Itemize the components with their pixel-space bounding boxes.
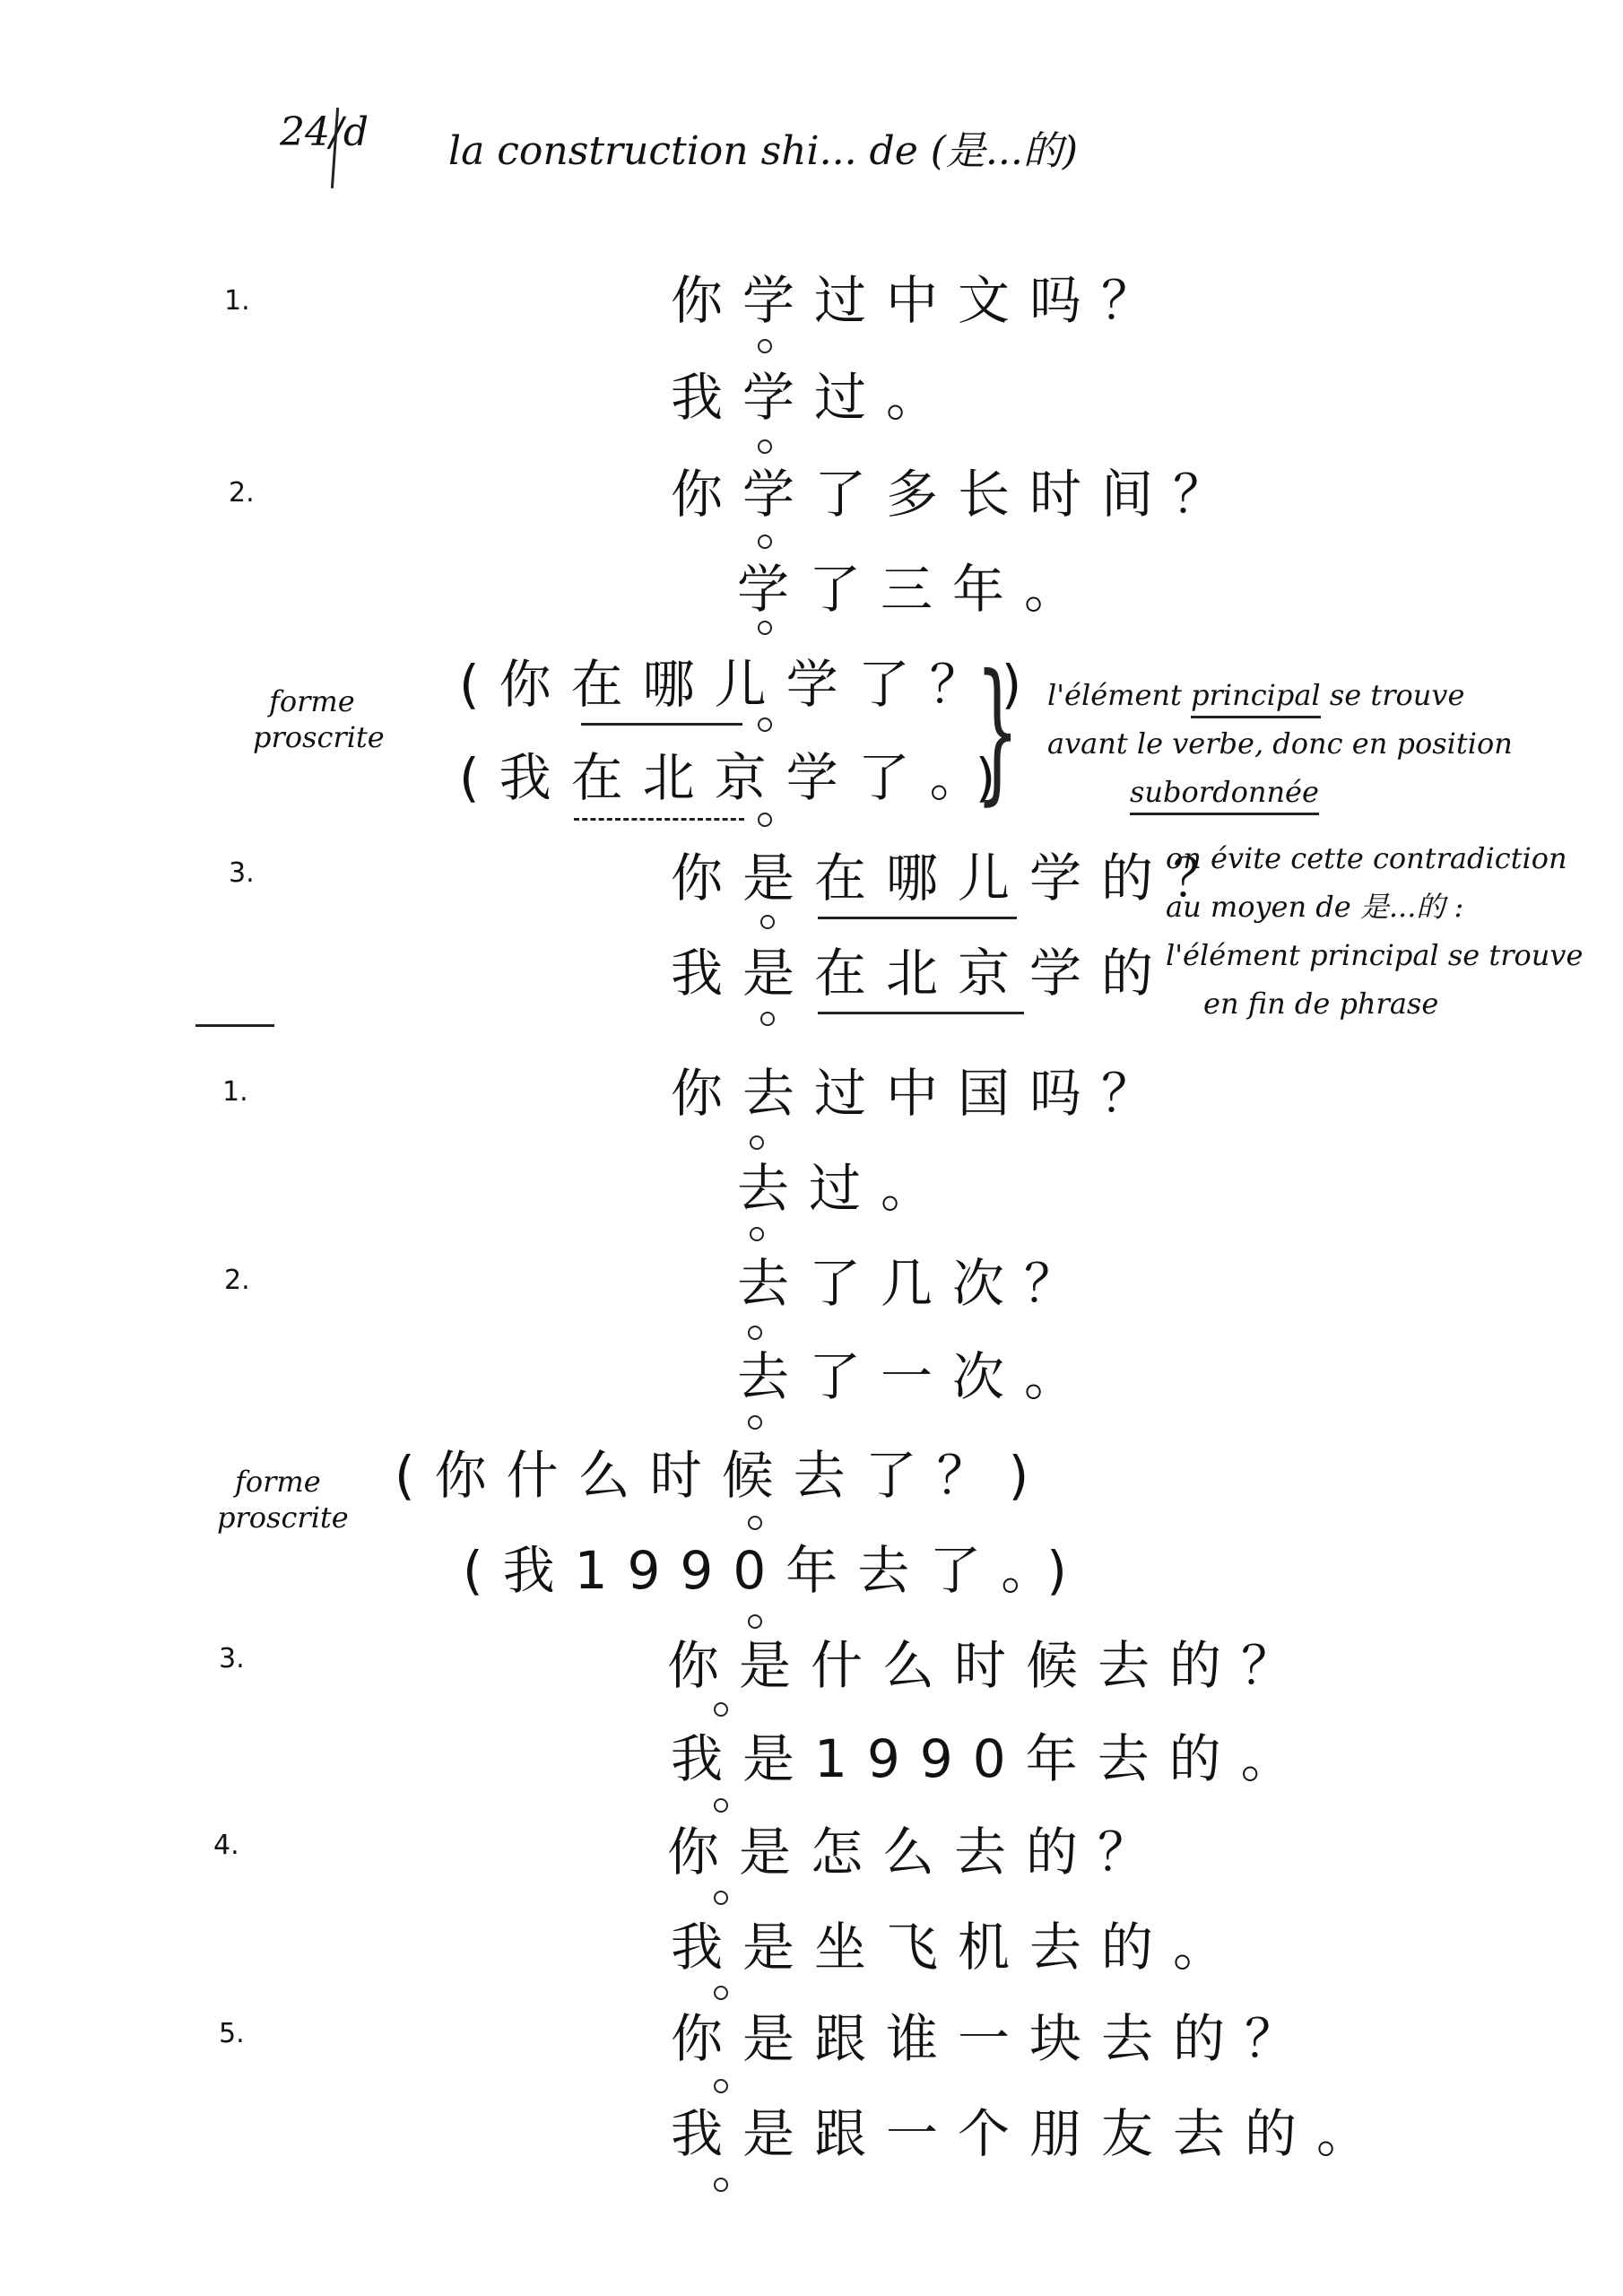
- question-line: 你是跟谁一块去的？: [671, 2007, 1316, 2070]
- solution-note: on évite cette contradiction au moyen de…: [1166, 834, 1583, 1028]
- answer-line: 去过。: [737, 1157, 952, 1220]
- label-line: proscrite: [217, 1500, 349, 1535]
- label-line: proscrite: [253, 719, 385, 755]
- question-line: 去了几次？: [737, 1252, 1096, 1315]
- label-line: forme: [269, 683, 385, 719]
- brace-icon: }: [976, 655, 1020, 807]
- item-number: 3.: [229, 857, 255, 889]
- proscribed-question: (你在哪儿学了？): [459, 653, 1041, 716]
- item-number: 1.: [222, 1076, 248, 1108]
- question-line: 你是怎么去的？: [667, 1821, 1169, 1883]
- proscribed-label: forme proscrite: [235, 1464, 349, 1535]
- lesson-number: 24/d: [280, 109, 369, 155]
- item-number: 3.: [219, 1643, 245, 1674]
- question-line: 你是什么时候去的？: [667, 1634, 1313, 1697]
- note-line: subordonnée: [1130, 768, 1513, 816]
- note-line: on évite cette contradiction: [1166, 834, 1583, 883]
- item-number: 5.: [219, 2018, 245, 2049]
- note-line: en fin de phrase: [1203, 979, 1583, 1028]
- answer-line: 去了一次。: [737, 1345, 1096, 1408]
- question-line: 你学了多长时间？: [671, 463, 1245, 526]
- question-line: 你是在哪儿学的？: [671, 847, 1245, 909]
- proscribed-answer: (我1990年去了。): [463, 1539, 1087, 1602]
- proscribed-label: forme proscrite: [269, 683, 385, 755]
- proscribed-question: (你什么时候去了？): [395, 1444, 1048, 1507]
- note-line: l'élément principal se trouve: [1166, 931, 1583, 979]
- item-number: 1.: [224, 285, 250, 317]
- answer-line: 我学过。: [671, 366, 958, 429]
- note-line: l'élément principal se trouve: [1047, 671, 1513, 719]
- underline: [818, 917, 1017, 919]
- answer-line: 我是1990年去的。: [671, 1727, 1313, 1790]
- answer-line: 我是坐飞机去的。: [671, 1916, 1245, 1979]
- underline: [818, 1012, 1024, 1014]
- item-number: 4.: [213, 1830, 239, 1861]
- answer-line: 我是跟一个朋友去的。: [671, 2102, 1388, 2165]
- proscribed-note: l'élément principal se trouve avant le v…: [1047, 671, 1513, 816]
- item-number: 2.: [224, 1265, 250, 1296]
- note-line: au moyen de 是...的 :: [1166, 883, 1583, 931]
- answer-line: 学了三年。: [737, 558, 1096, 621]
- question-line: 你学过中文吗？: [671, 269, 1173, 332]
- section-divider: [195, 1024, 274, 1027]
- label-line: forme: [235, 1464, 349, 1500]
- note-line: avant le verbe, donc en position: [1047, 719, 1513, 768]
- question-line: 你去过中国吗？: [671, 1062, 1173, 1125]
- answer-line: 我是在北京学的: [671, 942, 1173, 1004]
- proscribed-answer: (我在北京学了。): [459, 746, 1015, 809]
- underline: [574, 818, 744, 821]
- page-title: la construction shi... de (是...的): [448, 118, 1078, 176]
- item-number: 2.: [229, 477, 255, 509]
- underline: [581, 723, 742, 726]
